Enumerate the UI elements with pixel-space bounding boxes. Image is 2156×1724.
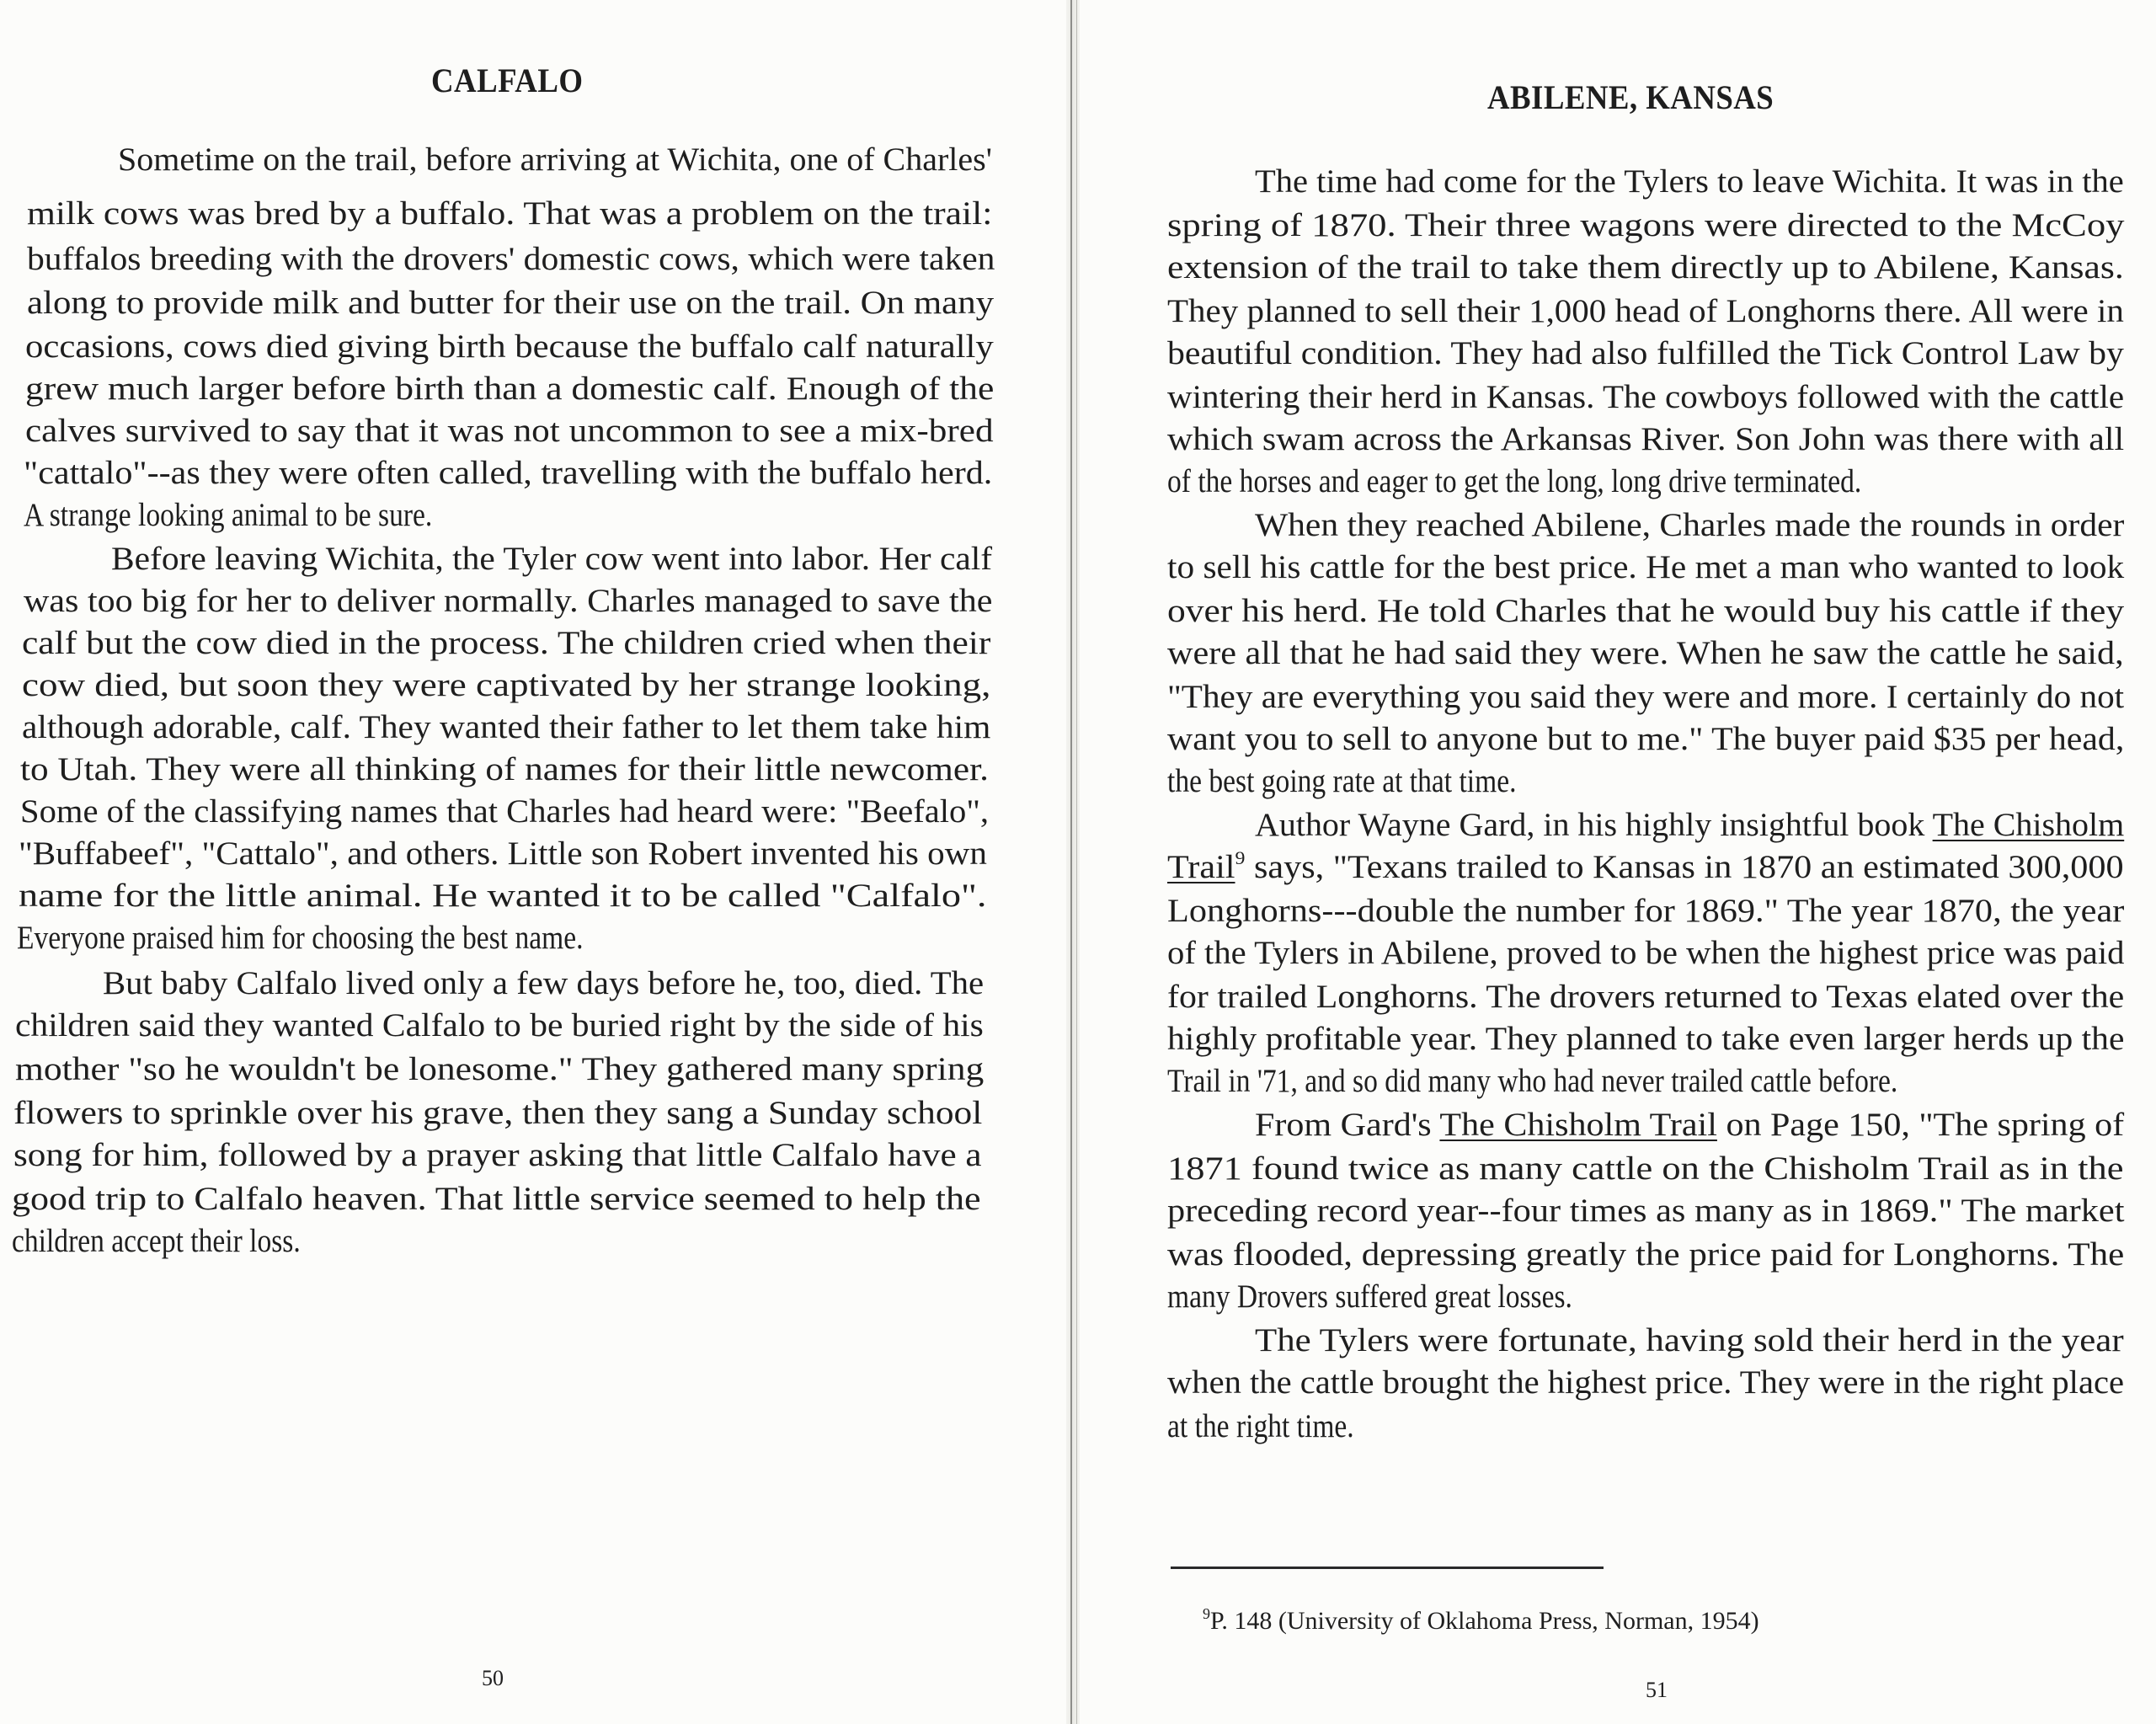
text-line: of the Tylers in Abilene, proved to be w… — [1167, 935, 2124, 972]
text-line: to sell his cattle for the best price. H… — [1167, 549, 2124, 586]
text-line: A strange looking animal to be sure. — [24, 497, 432, 534]
text-line: The Tylers were fortunate, having sold t… — [1255, 1322, 2124, 1359]
text-line: Some of the classifying names that Charl… — [20, 793, 989, 830]
text-line: Everyone praised him for choosing the be… — [17, 920, 583, 957]
text-line: which swam across the Arkansas River. So… — [1167, 421, 2124, 458]
text-line: The time had come for the Tylers to leav… — [1255, 163, 2124, 200]
text-line: to Utah. They were all thinking of names… — [20, 751, 989, 788]
footnote: 9P. 148 (University of Oklahoma Press, N… — [1203, 1607, 1759, 1636]
text-line: beautiful condition. They had also fulfi… — [1167, 335, 2124, 372]
text-line: "cattalo"--as they were often called, tr… — [24, 455, 992, 492]
text-line: many Drovers suffered great losses. — [1167, 1278, 1572, 1316]
text-line: occasions, cows died giving birth becaus… — [25, 328, 994, 366]
text-line: the best going rate at that time. — [1167, 763, 1516, 800]
text-line: preceding record year--four times as man… — [1167, 1193, 2124, 1230]
text-line: at the right time. — [1167, 1408, 1354, 1445]
text-line: mother "so he wouldn't be lonesome." The… — [15, 1051, 984, 1088]
text-line: 1871 found twice as many cattle on the C… — [1167, 1150, 2123, 1188]
right-page: ABILENE, KANSAS The time had come for th… — [1080, 0, 2156, 1724]
text-line: for trailed Longhorns. The drovers retur… — [1167, 979, 2124, 1016]
text-line: buffalos breeding with the drovers' dome… — [27, 241, 995, 278]
text-line: although adorable, calf. They wanted the… — [22, 709, 990, 746]
text-line: But baby Calfalo lived only a few days b… — [103, 965, 984, 1002]
text-line: children said they wanted Calfalo to be … — [15, 1007, 984, 1044]
page-number: 50 — [482, 1666, 504, 1691]
text-line: name for the little animal. He wanted it… — [19, 878, 987, 915]
gutter-edge — [1070, 0, 1072, 1724]
text-line: along to provide milk and butter for the… — [27, 285, 994, 322]
text-line: was too big for her to deliver normally.… — [24, 583, 992, 620]
chapter-title: CALFALO — [431, 61, 583, 100]
text-line: Before leaving Wichita, the Tyler cow we… — [111, 541, 992, 578]
text-line: song for him, followed by a prayer askin… — [13, 1137, 982, 1174]
chapter-title: ABILENE, KANSAS — [1487, 77, 1774, 117]
text-line: spring of 1870. Their three wagons were … — [1167, 207, 2125, 244]
text-line: "Buffabeef", "Cattalo", and others. Litt… — [19, 835, 987, 873]
text-line: highly profitable year. They planned to … — [1167, 1021, 2124, 1058]
text-line: were all that he had said they were. Whe… — [1167, 635, 2124, 672]
text-line: children accept their loss. — [12, 1223, 301, 1260]
text-line: cow died, but soon they were captivated … — [22, 667, 990, 704]
footnote-reference: 9 — [1235, 847, 1246, 868]
text-line: extension of the trail to take them dire… — [1167, 249, 2124, 286]
left-page: CALFALO Sometime on the trail, before ar… — [0, 0, 1066, 1724]
text-line: Trail in '71, and so did many who had ne… — [1167, 1063, 1897, 1100]
text-line: They planned to sell their 1,000 head of… — [1167, 293, 2124, 330]
footnote-divider — [1171, 1567, 1604, 1569]
text-line: When they reached Abilene, Charles made … — [1255, 507, 2124, 544]
book-title-link: Trail — [1167, 849, 1235, 885]
gutter-edge — [1076, 0, 1077, 1724]
book-gutter — [1066, 0, 1080, 1724]
book-title-link: The Chisholm Trail — [1439, 1107, 1716, 1143]
text-line: over his herd. He told Charles that he w… — [1167, 593, 2124, 630]
footnote-marker: 9 — [1203, 1605, 1210, 1622]
text-line: when the cattle brought the highest pric… — [1167, 1364, 2124, 1401]
text-line: calf but the cow died in the process. Th… — [22, 625, 990, 662]
text-line: was flooded, depressing greatly the pric… — [1167, 1236, 2124, 1273]
text-line: "They are everything you said they were … — [1167, 679, 2124, 716]
page-number: 51 — [1646, 1678, 1668, 1703]
text-line: good trip to Calfalo heaven. That little… — [12, 1181, 981, 1218]
text-line: From Gard's The Chisholm Trail on Page 1… — [1255, 1107, 2124, 1144]
book-spread: CALFALO Sometime on the trail, before ar… — [0, 0, 2156, 1724]
text-line: calves survived to say that it was not u… — [25, 413, 994, 450]
text-line: Trail9 says, "Texans trailed to Kansas i… — [1167, 849, 2124, 886]
text-line: milk cows was bred by a buffalo. That wa… — [27, 195, 992, 232]
text-line: wintering their herd in Kansas. The cowb… — [1167, 379, 2124, 416]
book-title-link: The Chisholm — [1933, 807, 2125, 843]
text-line: of the horses and eager to get the long,… — [1167, 463, 1861, 500]
text-line: Sometime on the trail, before arriving a… — [118, 141, 992, 179]
text-line: want you to sell to anyone but to me." T… — [1167, 721, 2124, 758]
text-line: flowers to sprinkle over his grave, then… — [13, 1095, 982, 1132]
text-line: Author Wayne Gard, in his highly insight… — [1255, 807, 2124, 844]
text-line: Longhorns---double the number for 1869."… — [1167, 893, 2124, 930]
text-line: grew much larger before birth than a dom… — [25, 371, 994, 408]
